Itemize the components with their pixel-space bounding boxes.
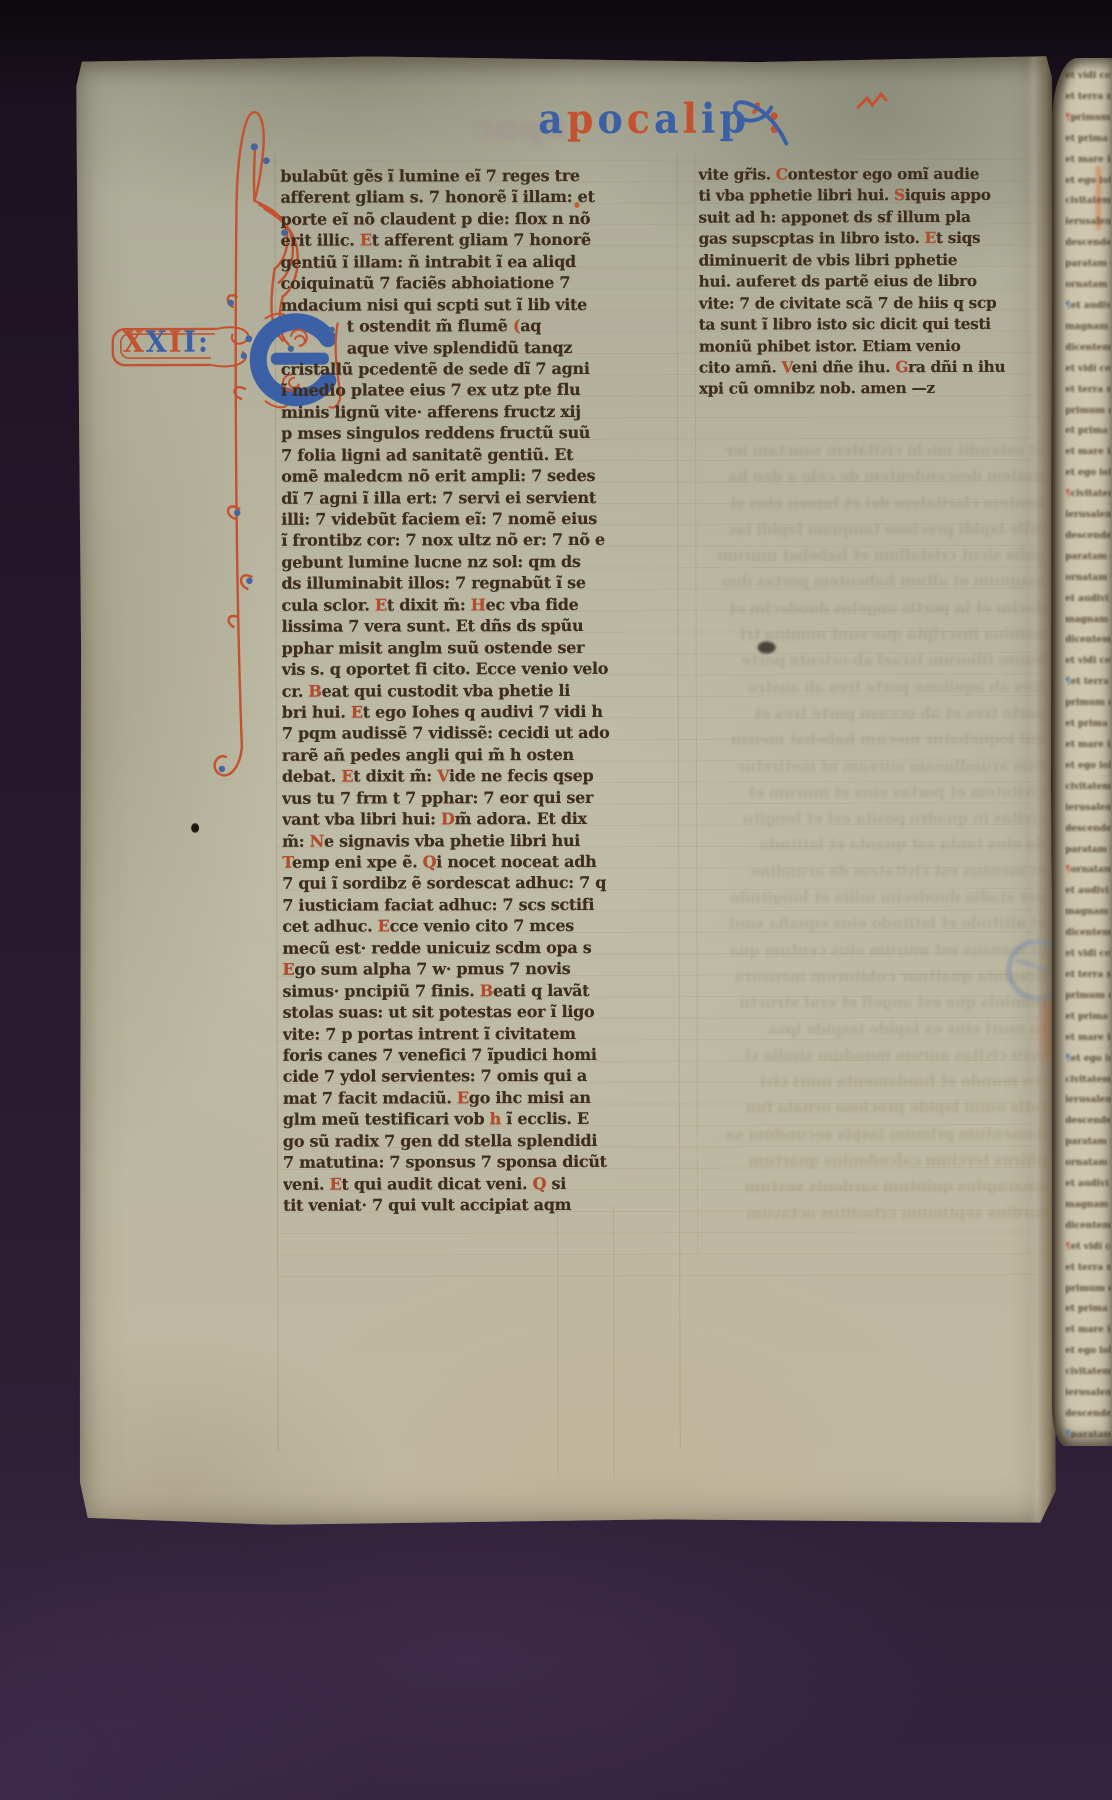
text-segment: mile lapidi precioso tanquam lapidi ias <box>729 520 1045 539</box>
text-segment: S <box>894 187 905 205</box>
adjacent-text-line: et prima terra abiit <box>1065 421 1111 442</box>
text-segment: H <box>471 595 486 614</box>
text-segment: V <box>437 767 449 786</box>
adjacent-text-line: ierusalem novam de <box>1065 798 1111 819</box>
text-segment: ĩ frontibz cor: 7 nox ultz nõ er: 7 nõ e <box>281 530 605 550</box>
text-line: afferent gliam s. 7 honorẽ ĩ illam: et <box>280 187 682 209</box>
text-segment: E <box>341 767 353 786</box>
text-segment: t afferent gliam 7 honorẽ <box>372 230 591 250</box>
adjacent-text-line: magnam de throno di <box>1065 1195 1111 1216</box>
adjacent-text-line: et ego iohannes vidi <box>1065 171 1111 192</box>
text-segment: vant vba libri hui: <box>282 809 441 828</box>
title-letter: o <box>597 94 626 143</box>
adjacent-text-line: paratam sicut sponsam <box>1065 254 1111 275</box>
text-segment: Q <box>533 1174 547 1193</box>
adjacent-text-line: et terra nova erat <box>1065 965 1111 986</box>
text-segment: hui. auferet ds partẽ eius de libro <box>699 272 977 291</box>
text-segment: bri hui. <box>282 703 351 722</box>
text-line: mecũ est· redde unicuiz scdm opa s <box>282 937 684 959</box>
text-segment: phirus tercium calcedonius quartum <box>749 1151 1047 1170</box>
text-segment: per stadia duodecim milia et longitudo <box>730 888 1046 907</box>
text-line: vite: 7 de civitate scã 7 de hiis q scp <box>699 293 1051 315</box>
text-segment: stolas suas: ut sit potestas eor ĩ ligo <box>283 1002 595 1022</box>
adjacent-text-line: et prima terra abiit <box>1065 129 1111 150</box>
text-line: gentiũ ĩ illam: ñ intrabit ĩ ea aliqd <box>281 251 683 273</box>
text-segment: vite: 7 de civitate scã 7 de hiis q scp <box>699 293 997 312</box>
text-line: moniũ phibet istor. Etiam venio <box>699 336 1051 358</box>
text-line: 7 qui ĩ sordibz ẽ sordescat adhuc: 7 q <box>282 873 684 895</box>
text-line: porte tres et ab occasu porte tres et <box>698 704 1046 731</box>
text-segment: bentem claritatem dei et lumen eius si <box>731 493 1045 512</box>
text-line: ĩ frontibz cor: 7 nox ultz nõ er: 7 nõ e <box>281 530 683 552</box>
text-line: mat 7 facit mdaciũ. Ego ihc misi an <box>283 1088 685 1110</box>
text-segment: t siqs <box>936 229 980 247</box>
adjacent-text-line: paratam sicut sponsam <box>1065 547 1111 568</box>
text-line: mdacium nisi qui scpti sut ĩ lib vite <box>281 294 683 316</box>
text-line: do eius tanta est quanta et latitudo <box>698 835 1046 862</box>
adjacent-text-line: et ego iohannes vidi <box>1065 463 1111 484</box>
text-segment: p mses singulos reddens fructũ suũ <box>281 423 590 443</box>
adjacent-text-line: et mare iam non est <box>1065 735 1111 756</box>
adjacent-page-text: et vidi celum novumet terra nova erat¶pr… <box>1065 66 1111 1438</box>
text-line: cet adhuc. Ecce venio cito 7 mces <box>282 916 684 938</box>
text-segment: t dixit m̃: <box>353 767 437 786</box>
adjacent-text-line: ornatam viro suo et <box>1065 1153 1111 1174</box>
text-segment: pphar misit anglm suũ ostende ser <box>282 638 585 658</box>
adjacent-text-line: ¶paratam sicut sponsam <box>1065 1425 1111 1438</box>
bleedthrough-text: et ostendit michi civitatem sanctam ieru… <box>697 441 1047 1234</box>
text-segment: et mensus est murum eius centum qua <box>730 940 1047 959</box>
text-segment: glm meũ testificari vob <box>283 1109 490 1129</box>
text-segment: civitas in quadro posita est et longitu <box>743 809 1046 828</box>
text-line: diminuerit de vbis libri pphetie <box>699 250 1051 272</box>
text-segment: veni. <box>283 1174 330 1193</box>
text-line: hui. auferet ds partẽ eius de libro <box>699 272 1051 294</box>
pigment-speck <box>574 202 579 208</box>
text-line: Temp eni xpe ẽ. Qi nocet noceat adh <box>282 852 684 874</box>
ink-smudge <box>758 641 776 653</box>
text-line: simus· pncipiũ 7 finis. Beati q lavãt <box>283 980 685 1002</box>
text-segment: h <box>490 1109 501 1128</box>
manuscript-photo-scene: apoc apocalip’: XXII: <box>0 0 1112 1800</box>
text-segment: E <box>351 702 363 721</box>
text-segment: ĩ medio platee eius 7 ex utz pte flu <box>281 380 581 400</box>
text-line: et mensus est civitatem de arundine <box>698 861 1046 888</box>
adjacent-text-line: et prima terra abiit <box>1065 1299 1111 1320</box>
text-line: p mses singulos reddens fructũ suũ <box>281 423 683 445</box>
text-line: gebunt lumine lucne nz sol: qm ds <box>281 552 683 574</box>
text-segment: smaragdus quintum sardonix sextum <box>745 1177 1047 1196</box>
text-segment: N <box>310 831 324 850</box>
text-line: tres ab aquilone porte tres ab austro <box>698 677 1046 704</box>
text-segment: minis lignũ vite· afferens fructz xij <box>281 402 581 422</box>
adjacent-text-line: et terra nova erat <box>1065 87 1111 108</box>
text-line: cide 7 ydol servientes: 7 omis qui a <box>283 1066 685 1088</box>
text-line: phirus tercium calcedonius quartum <box>699 1151 1047 1178</box>
text-segment: hominis que est angeli et erat structu <box>739 993 1046 1012</box>
text-segment: ram arundineam auream ut metiretur <box>737 756 1046 775</box>
adjacent-text-line: ¶civitatem sanctam <box>1065 484 1111 505</box>
text-segment: 7 matutina: 7 sponsus 7 sponsa dicũt <box>283 1152 607 1172</box>
adjacent-text-line: et ego iohannes vidi <box>1065 1341 1111 1362</box>
text-segment: m̃: <box>282 831 310 850</box>
text-line: ta sunt ĩ libro isto sic dicit qui testi <box>699 315 1051 337</box>
text-segment: ec vba fide <box>486 595 579 614</box>
adjacent-text-line: descendentem de celo <box>1065 819 1111 840</box>
text-segment: vero civitas aurum mundum simile vi <box>745 1046 1047 1065</box>
text-line: decim et in portis angelos duodecim et <box>698 599 1046 626</box>
text-line: bri hui. Et ego Iohes q audivi 7 vidi h <box>282 702 684 724</box>
text-line: xpi cũ omnibz nob. amen —z <box>699 379 1051 401</box>
text-line: civitatem et portas eius et murum et <box>698 783 1046 810</box>
text-segment: porte tres et ab occasu porte tres et <box>754 704 1045 723</box>
text-column-left: bulabũt gẽs ĩ lumine eĩ 7 reges treaffer… <box>280 166 685 1223</box>
adjacent-text-line: et prima terra abiit <box>1065 714 1111 735</box>
text-line: aque vive splendidũ tanqz <box>281 337 683 359</box>
text-segment: tit veniat· 7 qui vult accipiat aqm <box>283 1195 571 1215</box>
text-segment: lissima 7 vera sunt. Et dñs ds spũu <box>282 616 584 636</box>
text-line: ti vba pphetie libri hui. Siquis appo <box>698 186 1050 208</box>
text-segment: bulabũt gẽs ĩ lumine eĩ 7 reges tre <box>280 166 579 186</box>
text-segment: ta sunt ĩ libro isto sic dicit qui testi <box>699 315 991 334</box>
text-segment: cristallũ pcedentẽ de sede dĩ 7 agni <box>281 359 590 379</box>
adjacent-text-line: paratam sicut sponsam <box>1065 840 1111 861</box>
text-segment: C <box>776 165 788 183</box>
adjacent-text-line: ¶primum enim celum <box>1065 108 1111 129</box>
text-segment: ra dñi n ihu <box>908 358 1005 376</box>
adjacent-text-line: descendentem de celo <box>1065 526 1111 547</box>
text-segment: cce venio cito 7 mces <box>390 916 574 935</box>
text-segment: E <box>925 229 936 247</box>
text-line: debat. Et dixit m̃: Vide ne fecis qsep <box>282 766 684 788</box>
text-line: draginta quattuor cubitorum mensura <box>698 967 1046 994</box>
text-segment: xpi cũ omnibz nob. amen —z <box>699 379 935 398</box>
text-segment: et mensus est civitatem de arundine <box>751 861 1047 880</box>
text-segment: et altitudo et latitudo eius equalia sun… <box>728 914 1046 933</box>
text-segment: D <box>441 809 455 828</box>
text-line: cristallũ pcedentẽ de sede dĩ 7 agni <box>281 359 683 381</box>
title-letter: X <box>146 326 169 360</box>
text-segment: gas supscptas in libro isto. <box>699 229 925 248</box>
adjacent-text-line: et vidi celum novum <box>1065 66 1111 87</box>
text-segment: erit illic. <box>281 231 360 250</box>
text-line: mile lapidi precioso tanquam lapidi ias <box>697 520 1045 547</box>
text-line: m̃: Ne signavis vba phetie libri hui <box>282 830 684 852</box>
text-line: tro mundo et fundamenta muri civi <box>699 1072 1047 1099</box>
adjacent-text-line: primum enim celum <box>1065 693 1111 714</box>
adjacent-text-line: dicentem ecce taber <box>1065 338 1111 359</box>
text-line: cr. Beat qui custodit vba phetie li <box>282 680 684 702</box>
adjacent-text-line: civitatem sanctam <box>1065 191 1111 212</box>
text-segment: E <box>360 231 372 250</box>
text-line: ds illuminabit illos: 7 regnabũt ĩ se <box>281 573 683 595</box>
text-segment: ra muri eius ex lapide iaspide ipsa <box>769 1019 1047 1038</box>
text-segment: gebunt lumine lucne nz sol: qm ds <box>281 552 580 572</box>
text-segment: decim et in portis angelos duodecim et <box>729 599 1046 618</box>
adjacent-text-line: descendentem de celo <box>1065 1111 1111 1132</box>
adjacent-text-line: ierusalem novam de <box>1065 505 1111 526</box>
header-flourish-icon <box>636 81 906 148</box>
text-segment: nomina inscripta que sunt nomina tri <box>740 625 1045 644</box>
adjacent-text-line: ierusalem novam de <box>1065 1090 1111 1111</box>
text-segment: B <box>308 681 321 700</box>
text-segment: buum filiorum israel ab oriente porte <box>742 651 1046 670</box>
text-segment: tres ab aquilone porte tres ab austro <box>748 677 1046 696</box>
text-segment: t ego Iohes q audivi 7 vidi h <box>363 702 603 722</box>
text-segment: tro mundo et fundamenta muri civi <box>760 1072 1047 1091</box>
text-segment: eat qui custodit vba phetie li <box>322 680 571 700</box>
text-segment: T <box>282 853 292 872</box>
text-line: vite gr̃is. Contestor ego omĩ audie <box>698 165 1050 187</box>
text-line: lissima 7 vera sunt. Et dñs ds spũu <box>282 616 684 638</box>
text-line: vite: 7 p portas intrent ĩ civitatem <box>283 1023 685 1045</box>
text-line: vero civitas aurum mundum simile vi <box>699 1046 1047 1073</box>
adjacent-text-line: paratam sicut sponsam <box>1065 1132 1111 1153</box>
adjacent-text-line: et vidi celum novum <box>1065 651 1111 672</box>
text-segment: go sũ radix 7 gen dd stella splendidi <box>283 1131 597 1151</box>
text-line: foris canes 7 venefici 7 ĩpudici homi <box>283 1045 685 1067</box>
manuscript-page: apoc apocalip’: XXII: <box>76 55 1056 1526</box>
text-line: buum filiorum israel ab oriente porte <box>698 651 1046 678</box>
text-line: suit ad h: apponet ds sf illum pla <box>698 208 1050 230</box>
text-segment: ide ne fecis qsep <box>449 766 593 785</box>
adjacent-text-line: magnam de throno di <box>1065 902 1111 923</box>
text-segment: damentum primum iaspis secundum sa <box>726 1124 1047 1143</box>
text-segment: suit ad h: apponet ds sf illum pla <box>698 208 970 227</box>
text-line: t ostendit m̃ flumẽ (aq <box>281 316 683 338</box>
text-line: magnum et altum habentem portas duo <box>697 572 1045 599</box>
text-segment: 7 qui ĩ sordibz ẽ sordescat adhuc: 7 q <box>282 873 606 893</box>
text-segment: aque vive splendidũ tanqz <box>347 337 572 357</box>
text-segment: diminuerit de vbis libri pphetie <box>699 251 958 270</box>
text-segment: cito amñ. <box>699 358 782 376</box>
text-segment: E <box>375 595 387 614</box>
text-segment: moniũ phibet istor. Etiam venio <box>699 336 961 355</box>
text-segment: ti vba pphetie libri hui. <box>698 187 894 206</box>
text-line: tit veniat· 7 qui vult accipiat aqm <box>283 1195 685 1217</box>
text-line: vant vba libri hui: Dm̃ adora. Et dix <box>282 809 684 831</box>
text-line: cula sclor. Et dixit m̃: Hec vba fide <box>281 594 683 616</box>
text-line: illi: 7 videbũt faciem eĩ: 7 nomẽ eius <box>281 509 683 531</box>
text-segment: qui loquebatur mecum habebat mensu <box>731 730 1046 749</box>
title-letter: I <box>169 326 184 360</box>
text-segment: G <box>895 358 908 376</box>
text-segment: go sum alpha 7 w· pmus 7 novis <box>294 959 570 979</box>
text-segment: E <box>457 1088 469 1107</box>
adjacent-text-line: et audivi vocem mag <box>1065 589 1111 610</box>
text-line: vus tu 7 frm t 7 pphar: 7 eor qui ser <box>282 787 684 809</box>
adjacent-text-line: et mare iam non est <box>1065 150 1111 171</box>
adjacent-text-line: et mare iam non est <box>1065 442 1111 463</box>
text-segment: magnum et altum habentem portas duo <box>722 572 1046 591</box>
adjacent-text-line: et vidi celum novum <box>1065 359 1111 380</box>
text-line: civitas in quadro posita est et longitu <box>698 809 1046 836</box>
adjacent-text-line: primum enim celum <box>1065 986 1111 1007</box>
text-segment: vus tu 7 frm t 7 pphar: 7 eor qui ser <box>282 788 593 808</box>
adjacent-text-line: civitatem sanctam <box>1065 1070 1111 1091</box>
adjacent-text-line: magnam de throno di <box>1065 317 1111 338</box>
text-segment: debat. <box>282 767 341 786</box>
text-line: qui loquebatur mecum habebat mensu <box>698 730 1046 757</box>
text-segment: ontestor ego omĩ audie <box>788 165 980 184</box>
text-line: 7 pqm audissẽ 7 vidissẽ: cecidi ut ado <box>282 723 684 745</box>
adjacent-text-line: ¶et audivi vocem mag <box>1065 296 1111 317</box>
text-segment: E <box>282 960 294 979</box>
text-segment: vite: 7 p portas intrent ĩ civitatem <box>283 1023 576 1043</box>
adjacent-text-line: ¶et vidi celum novum <box>1065 1237 1111 1258</box>
text-segment: 7 pqm audissẽ 7 vidissẽ: cecidi ut ado <box>282 723 610 743</box>
text-line: veni. Et qui audit dicat veni. Q si <box>283 1173 685 1195</box>
text-segment: coiquinatũ 7 faciẽs abhoiatione 7 <box>281 273 571 293</box>
text-line: stolas suas: ut sit potestas eor ĩ ligo <box>283 1002 685 1024</box>
text-line: porte eĩ nõ claudent p die: ſlox n nõ <box>280 209 682 231</box>
text-segment: Q <box>423 852 437 871</box>
text-line: nomina inscripta que sunt nomina tri <box>698 625 1046 652</box>
text-segment: mdacium nisi qui scpti sut ĩ lib vite <box>281 295 587 315</box>
text-line: smaragdus quintum sardonix sextum <box>699 1177 1047 1204</box>
text-segment: foris canes 7 venefici 7 ĩpudici homi <box>283 1045 597 1065</box>
text-segment: 7 iusticiam faciat adhuc: 7 scs sctifi <box>282 895 594 915</box>
text-segment: et ostendit michi civitatem sanctam ier <box>726 441 1045 460</box>
text-segment: t ostendit m̃ flumẽ <box>347 316 513 335</box>
adjacent-text-line: civitatem sanctam <box>1065 1362 1111 1383</box>
text-line: omẽ maledcm nõ erit ampli: 7 sedes <box>281 466 683 488</box>
text-segment: pidis sicut cristallum et habebat murum <box>717 546 1045 565</box>
text-line: cito amñ. Veni dñe ihu. Gra dñi n ihu <box>699 358 1051 380</box>
text-segment: omẽ maledcm nõ erit ampli: 7 sedes <box>281 466 595 486</box>
text-segment: usalem descendentem de celo a deo ha <box>728 467 1045 486</box>
adjacent-text-line: et prima terra abiit <box>1065 1007 1111 1028</box>
adjacent-text-line: et audivi vocem mag <box>1065 881 1111 902</box>
text-line: go sũ radix 7 gen dd stella splendidi <box>283 1130 685 1152</box>
text-line: pidis sicut cristallum et habebat murum <box>697 546 1045 573</box>
text-segment: do eius tanta est quanta et latitudo <box>760 835 1046 854</box>
text-line: rarẽ añ pedes angli qui m̃ h osten <box>282 745 684 767</box>
adjacent-text-line: descendentem de celo <box>1065 1404 1111 1425</box>
text-line: glm meũ testificari vob h ĩ ecclis. E <box>283 1109 685 1131</box>
text-line: minis lignũ vite· afferens fructz xij <box>281 402 683 424</box>
text-segment: si <box>546 1174 566 1193</box>
text-segment: go ihc misi an <box>469 1088 591 1107</box>
text-line: bentem claritatem dei et lumen eius si <box>697 493 1045 520</box>
adjacent-text-line: primum enim celum <box>1065 401 1111 422</box>
text-segment: tatis omni lapide precioso ornata fun <box>745 1098 1047 1117</box>
text-line: ra muri eius ex lapide iaspide ipsa <box>699 1019 1047 1046</box>
adjacent-text-line: et ego iohannes vidi <box>1065 756 1111 777</box>
ink-blot <box>191 823 199 833</box>
adjacent-page-edge: et vidi celum novumet terra nova erat¶pr… <box>1052 58 1112 1446</box>
text-segment: ds illuminabit illos: 7 regnabũt ĩ se <box>281 573 585 593</box>
text-line: Ego sum alpha 7 w· pmus 7 novis <box>282 959 684 981</box>
text-segment: eni dñe ihu. <box>792 358 896 376</box>
adjacent-text-line: ornatam viro suo et <box>1065 568 1111 589</box>
text-segment: E <box>378 917 390 936</box>
adjacent-text-line: magnam de throno di <box>1065 610 1111 631</box>
adjacent-text-line: primum enim celum <box>1065 1279 1111 1300</box>
text-line: pphar misit anglm suũ ostende ser <box>282 637 684 659</box>
text-segment: mecũ est· redde unicuiz scdm opa s <box>282 938 591 958</box>
text-line: usalem descendentem de celo a deo ha <box>697 467 1045 494</box>
text-line: vis s. q oportet fi cito. Ecce venio vel… <box>282 659 684 681</box>
title-letter: X <box>123 326 146 360</box>
text-segment: i nocet noceat adh <box>436 852 596 871</box>
text-column-right: vite gr̃is. Contestor ego omĩ audieti vb… <box>698 165 1051 408</box>
adjacent-text-line: et mare iam non est <box>1065 1320 1111 1341</box>
adjacent-text-line: ¶et ego iohannes vidi <box>1065 1049 1111 1070</box>
adjacent-text-line: ierusalem novam de <box>1065 212 1111 233</box>
text-line: et mensus est murum eius centum qua <box>698 940 1046 967</box>
text-segment: mat 7 facit mdaciũ. <box>283 1088 457 1107</box>
title-letter: p <box>567 94 598 143</box>
text-segment: ĩ ecclis. E <box>501 1109 589 1128</box>
text-segment: cide 7 ydol servientes: 7 omis qui a <box>283 1066 587 1086</box>
text-line: tatis omni lapide precioso ornata fun <box>699 1098 1047 1125</box>
adjacent-text-line: et terra nova erat <box>1065 380 1111 401</box>
text-line: ĩ medio platee eius 7 ex utz pte flu <box>281 380 683 402</box>
text-line: et altitudo et latitudo eius equalia sun… <box>698 914 1046 941</box>
text-line: 7 iusticiam faciat adhuc: 7 scs sctifi <box>282 895 684 917</box>
text-line: et ostendit michi civitatem sanctam ier <box>697 441 1045 468</box>
adjacent-text-line: dicentem ecce taber <box>1065 1216 1111 1237</box>
adjacent-text-line: et vidi celum novum <box>1065 944 1111 965</box>
text-segment: civitatem et portas eius et murum et <box>748 783 1046 802</box>
text-segment: illi: 7 videbũt faciem eĩ: 7 nomẽ eius <box>281 509 597 529</box>
text-segment: draginta quattuor cubitorum mensura <box>735 967 1047 986</box>
adjacent-text-line: descendentem de celo <box>1065 233 1111 254</box>
text-segment: cet adhuc. <box>282 917 377 936</box>
title-letter: a <box>538 94 567 143</box>
text-line: sardius septimum crisolitus octavum <box>699 1203 1047 1230</box>
text-segment: porte eĩ nõ claudent p die: ſlox n nõ <box>280 209 590 229</box>
text-segment: sardius septimum crisolitus octavum <box>746 1203 1047 1222</box>
adjacent-text-line: ¶ornatam viro suo et <box>1065 860 1111 881</box>
adjacent-text-line: civitatem sanctam <box>1065 777 1111 798</box>
text-segment: gentiũ ĩ illam: ñ intrabit ĩ ea aliqd <box>281 252 576 272</box>
adjacent-text-line: ¶et terra nova erat <box>1065 672 1111 693</box>
text-segment: vis s. q oportet fi cito. Ecce venio vel… <box>282 659 608 679</box>
text-segment: m̃ adora. Et dix <box>455 809 587 828</box>
text-segment: rarẽ añ pedes angli qui m̃ h osten <box>282 745 574 765</box>
text-line: ram arundineam auream ut metiretur <box>698 756 1046 783</box>
text-line: coiquinatũ 7 faciẽs abhoiatione 7 <box>281 273 683 295</box>
adjacent-text-line: dicentem ecce taber <box>1065 923 1111 944</box>
text-segment: vite gr̃is. <box>698 165 775 183</box>
text-line: bulabũt gẽs ĩ lumine eĩ 7 reges tre <box>280 166 682 188</box>
adjacent-text-line: dicentem ecce taber <box>1065 630 1111 651</box>
adjacent-text-line: ierusalem novam de <box>1065 1383 1111 1404</box>
text-line: per stadia duodecim milia et longitudo <box>698 888 1046 915</box>
text-segment: t dixit m̃: <box>387 595 471 614</box>
text-segment: t qui audit dicat veni. <box>341 1174 532 1194</box>
text-line: 7 matutina: 7 sponsus 7 sponsa dicũt <box>283 1152 685 1174</box>
adjacent-text-line: et terra nova erat <box>1065 1258 1111 1279</box>
text-segment: afferent gliam s. 7 honorẽ ĩ illam: et <box>280 187 594 207</box>
text-segment: cr. <box>282 681 309 700</box>
text-segment: cula sclor. <box>281 595 374 614</box>
adjacent-text-line: et audivi vocem mag <box>1065 1174 1111 1195</box>
text-line: gas supscptas in libro isto. Et siqs <box>699 229 1051 251</box>
text-segment: e signavis vba phetie libri hui <box>324 831 580 851</box>
text-segment: eati q lavãt <box>493 981 589 1000</box>
text-line: hominis que est angeli et erat structu <box>699 993 1047 1020</box>
adjacent-text-line: ornatam viro suo et <box>1065 275 1111 296</box>
text-segment: simus· pncipiũ 7 finis. <box>283 981 480 1001</box>
text-segment: dĩ 7 agni ĩ illa ert: 7 servi ei servien… <box>281 487 596 507</box>
text-line: erit illic. Et afferent gliam 7 honorẽ <box>281 230 683 252</box>
text-segment: aq <box>520 316 541 335</box>
text-segment: emp eni xpe ẽ. <box>292 852 423 871</box>
text-segment: iquis appo <box>905 186 991 204</box>
